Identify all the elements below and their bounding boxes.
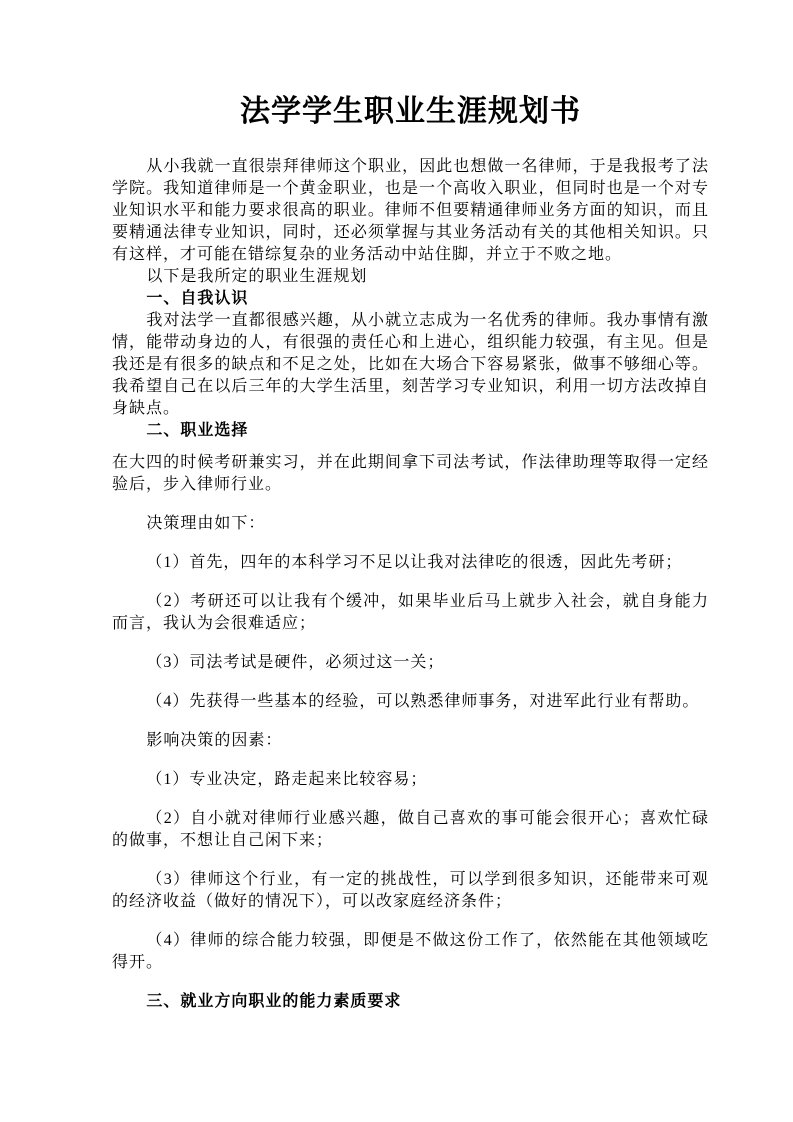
- document-page: 法学学生职业生涯规划书 从小我就一直很崇拜律师这个职业，因此也想做一名律师，于是…: [0, 0, 793, 1122]
- paragraph: 我对法学一直都很感兴趣，从小就立志成为一名优秀的律师。我办事情有激情，能带动身边…: [112, 310, 709, 420]
- paragraph: （2）考研还可以让我有个缓冲，如果毕业后马上就步入社会，就自身能力而言，我认为会…: [112, 591, 709, 635]
- section-heading: 一、自我认识: [112, 288, 709, 310]
- paragraph: 从小我就一直很崇拜律师这个职业，因此也想做一名律师，于是我报考了法学院。我知道律…: [112, 156, 709, 266]
- document-viewport: { "doc": { "title": "法学学生职业生涯规划书", "bloc…: [0, 0, 793, 1122]
- paragraph: 在大四的时候考研兼实习，并在此期间拿下司法考试，作法律助理等取得一定经验后，步入…: [112, 452, 709, 496]
- paragraph: （1）首先，四年的本科学习不足以让我对法律吃的很透，因此先考研；: [112, 552, 709, 574]
- paragraph: 影响决策的因素：: [112, 730, 709, 752]
- document-title: 法学学生职业生涯规划书: [112, 92, 709, 132]
- paragraph: （2）自小就对律师行业感兴趣，做自己喜欢的事可能会很开心；喜欢忙碌的做事，不想让…: [112, 808, 709, 852]
- document-body: 从小我就一直很崇拜律师这个职业，因此也想做一名律师，于是我报考了法学院。我知道律…: [112, 156, 709, 1013]
- section-heading: 二、职业选择: [112, 420, 709, 442]
- paragraph: （4）律师的综合能力较强，即便是不做这份工作了，依然能在其他领域吃得开。: [112, 930, 709, 974]
- paragraph: 以下是我所定的职业生涯规划: [112, 266, 709, 288]
- paragraph: 决策理由如下：: [112, 513, 709, 535]
- paragraph: （3）司法考试是硬件，必须过这一关；: [112, 652, 709, 674]
- paragraph: （3）律师这个行业，有一定的挑战性，可以学到很多知识，还能带来可观的经济收益（做…: [112, 869, 709, 913]
- section-heading: 三、就业方向职业的能力素质要求: [112, 991, 709, 1013]
- paragraph: （4）先获得一些基本的经验，可以熟悉律师事务，对进军此行业有帮助。: [112, 691, 709, 713]
- paragraph: （1）专业决定，路走起来比较容易；: [112, 769, 709, 791]
